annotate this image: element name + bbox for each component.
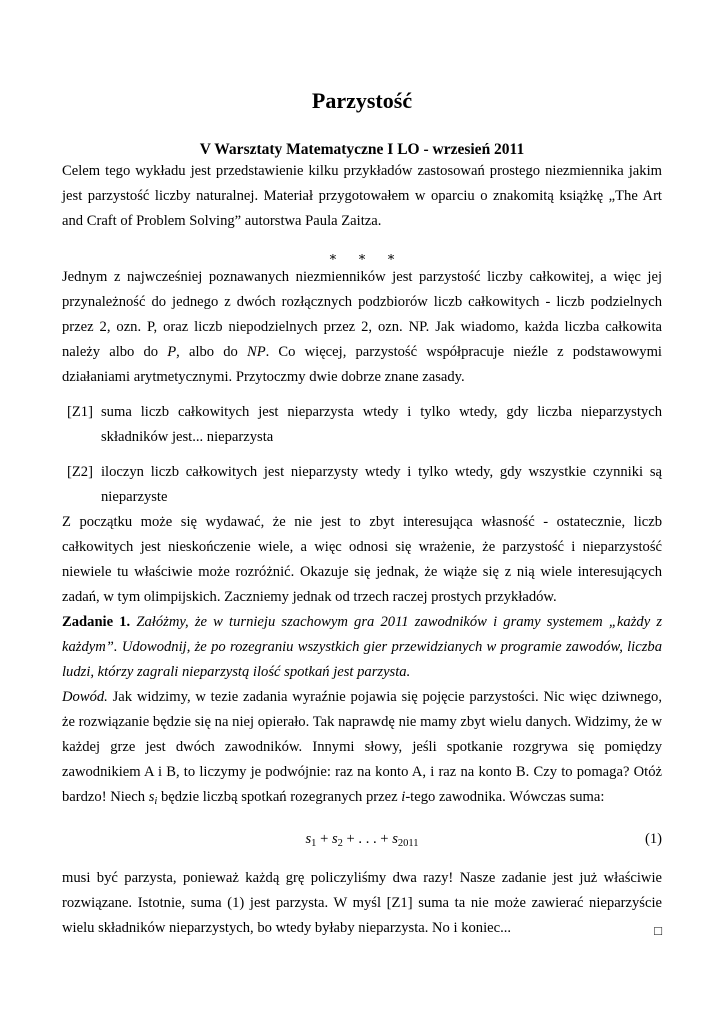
equation-number: (1) <box>645 827 662 852</box>
document-page: Parzystość V Warsztaty Matematyczne I LO… <box>0 0 724 1024</box>
equation-block: s1 + s2 + . . . + s2011 (1) <box>62 827 662 856</box>
conclusion-block: musi być parzysta, ponieważ każdą grę po… <box>62 866 662 941</box>
rule-text: iloczyn liczb całkowitych jest nieparzys… <box>101 460 662 510</box>
problem-paragraph: Zadanie 1. Załóżmy, że w turnieju szacho… <box>62 610 662 685</box>
rule-label: [Z2] <box>67 460 101 510</box>
page-title: Parzystość <box>62 88 662 114</box>
qed-icon: □ <box>654 924 662 937</box>
proof-label: Dowód. <box>62 689 108 705</box>
rule-text: suma liczb całkowitych jest nieparzysta … <box>101 400 662 450</box>
problem-label: Zadanie 1. <box>62 614 130 630</box>
rule-label: [Z1] <box>67 400 101 450</box>
rules-list: [Z1] suma liczb całkowitych jest nieparz… <box>67 400 662 510</box>
rule-item: [Z2] iloczyn liczb całkowitych jest niep… <box>67 460 662 510</box>
rule-item: [Z1] suma liczb całkowitych jest nieparz… <box>67 400 662 450</box>
discussion-paragraph: Z początku może się wydawać, że nie jest… <box>62 510 662 610</box>
problem-statement: Załóżmy, że w turnieju szachowym gra 201… <box>62 614 662 680</box>
conclusion-paragraph: musi być parzysta, ponieważ każdą grę po… <box>62 866 662 941</box>
parity-paragraph: Jednym z najwcześniej poznawanych niezmi… <box>62 265 662 390</box>
proof-paragraph: Dowód. Jak widzimy, w tezie zadania wyra… <box>62 685 662 814</box>
intro-paragraph: Celem tego wykładu jest przedstawienie k… <box>62 159 662 234</box>
equation-expression: s1 + s2 + . . . + s2011 <box>305 831 418 847</box>
page-subtitle: V Warsztaty Matematyczne I LO - wrzesień… <box>62 141 662 159</box>
proof-body: Jak widzimy, w tezie zadania wyraźnie po… <box>62 689 662 805</box>
section-separator: ∗ ∗ ∗ <box>62 249 662 265</box>
